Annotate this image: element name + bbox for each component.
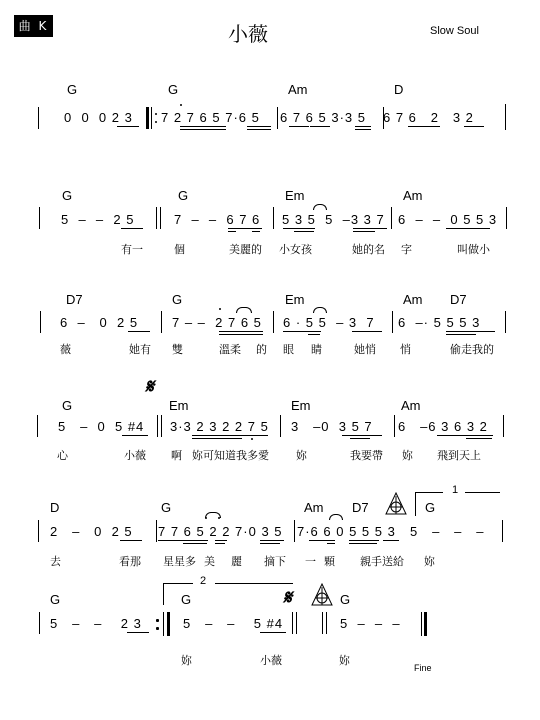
beam bbox=[437, 435, 493, 436]
measure: 3 –0 3 5 7 bbox=[291, 419, 373, 434]
beam bbox=[309, 540, 335, 541]
beam bbox=[355, 126, 371, 127]
repeat-dot bbox=[155, 113, 157, 115]
measure: 2 – 0 2 5 bbox=[50, 524, 133, 539]
repeat-start-bar bbox=[146, 107, 149, 129]
chord: G bbox=[62, 398, 72, 413]
beam bbox=[446, 331, 476, 332]
beam bbox=[222, 438, 242, 439]
lyric: 她悄 bbox=[354, 341, 376, 357]
chord: G bbox=[178, 188, 188, 203]
measure: 7 – – 2 7 6 5 bbox=[172, 315, 262, 330]
beam bbox=[183, 543, 207, 544]
segno-icon: 𝄋 bbox=[145, 374, 154, 398]
beam bbox=[308, 334, 320, 335]
beam bbox=[310, 126, 330, 127]
measure: 0 0 0 2 3 bbox=[64, 110, 133, 125]
lyric: 啊 bbox=[171, 447, 182, 463]
measure: 7 7 6 5 2 2 7·0 3 5 bbox=[158, 524, 283, 539]
chord: Am bbox=[403, 188, 423, 203]
beam bbox=[294, 231, 314, 232]
song-style: Slow Soul bbox=[430, 25, 479, 37]
lyric: 悄 bbox=[400, 341, 411, 357]
beam bbox=[383, 540, 399, 541]
lyric: 小薇 bbox=[124, 447, 146, 463]
beam bbox=[289, 126, 309, 127]
barline bbox=[38, 107, 39, 129]
barline bbox=[156, 520, 157, 542]
barline bbox=[151, 107, 152, 129]
lyric: 睛 bbox=[311, 341, 322, 357]
beam bbox=[352, 331, 382, 332]
lyric: 心 bbox=[57, 447, 68, 463]
lyric: 小薇 bbox=[260, 652, 282, 668]
repeat-dot bbox=[156, 627, 159, 630]
barline bbox=[160, 207, 161, 229]
measure: 6 · 5 5 – 3 7 bbox=[283, 315, 375, 330]
beam bbox=[180, 126, 226, 127]
beam bbox=[219, 334, 263, 335]
lyric: 一 bbox=[305, 553, 316, 569]
barline bbox=[280, 415, 281, 437]
measure: 7 2 7 6 5 7·6 5 bbox=[161, 110, 260, 125]
chord: G bbox=[181, 592, 191, 607]
lyric: 眼 bbox=[283, 341, 294, 357]
chord: G bbox=[168, 82, 178, 97]
lyric: 妳 bbox=[181, 652, 192, 668]
lyric: 妳可知道我多愛 bbox=[192, 447, 269, 463]
measure: 5 3 5 5 –3 3 7 bbox=[282, 212, 385, 227]
beam bbox=[475, 331, 495, 332]
beam bbox=[128, 331, 150, 332]
lyric: 去 bbox=[50, 553, 61, 569]
beam bbox=[260, 632, 286, 633]
lyric: 我要帶 bbox=[350, 447, 383, 463]
barline bbox=[39, 612, 40, 634]
volta-number: 2 bbox=[200, 575, 206, 587]
measure: 7·6 6 0 5 5 5 3 bbox=[297, 524, 396, 539]
coda-icon bbox=[311, 583, 333, 611]
lyric: 她的名 bbox=[352, 241, 385, 257]
chord: G bbox=[425, 500, 435, 515]
beam bbox=[117, 126, 139, 127]
chord: Em bbox=[291, 398, 311, 413]
barline bbox=[157, 415, 158, 437]
chord: Em bbox=[285, 188, 305, 203]
chord: D bbox=[394, 82, 403, 97]
lyric: 親手送給 bbox=[360, 553, 404, 569]
measure: 6 – – 0 5 5 3 bbox=[398, 212, 497, 227]
octave-dot-below bbox=[251, 438, 253, 440]
chord: Am bbox=[403, 292, 423, 307]
barline bbox=[505, 311, 506, 333]
beam bbox=[283, 331, 321, 332]
beam bbox=[158, 540, 208, 541]
beam bbox=[120, 540, 142, 541]
barline bbox=[273, 207, 274, 229]
measure: 5 – – – bbox=[340, 616, 401, 631]
barline bbox=[292, 612, 293, 634]
chord: Em bbox=[169, 398, 189, 413]
lyric: 雙 bbox=[172, 341, 183, 357]
measure: 6 7 6 2 3 2 bbox=[383, 110, 474, 125]
volta-line bbox=[163, 583, 193, 584]
lyric: 星星多 bbox=[163, 553, 196, 569]
beam bbox=[408, 126, 440, 127]
beam bbox=[215, 540, 227, 541]
beam bbox=[349, 540, 379, 541]
repeat-end-bar bbox=[163, 612, 164, 636]
beam bbox=[260, 543, 280, 544]
barline bbox=[503, 415, 504, 437]
lyric: 妳 bbox=[339, 652, 350, 668]
segno-icon: 𝄋 bbox=[283, 585, 292, 609]
measure: 6 – 0 2 5 bbox=[60, 315, 138, 330]
barline bbox=[273, 311, 274, 333]
lyric: 美麗的 bbox=[229, 241, 262, 257]
tie bbox=[329, 514, 343, 520]
lyric: 飛到天上 bbox=[437, 447, 481, 463]
barline bbox=[502, 520, 503, 542]
lyric: 個 bbox=[174, 241, 185, 257]
beam bbox=[464, 126, 484, 127]
repeat-dot bbox=[156, 619, 159, 622]
chord: Am bbox=[288, 82, 308, 97]
lyric: 顆 bbox=[324, 553, 335, 569]
beam bbox=[349, 543, 377, 544]
chord: G bbox=[67, 82, 77, 97]
lyric: 偷走我的 bbox=[450, 341, 494, 357]
volta-line bbox=[465, 492, 500, 493]
coda-icon bbox=[385, 492, 407, 520]
chord: D7 bbox=[66, 292, 83, 307]
measure: 6 –6 3 6 3 2 bbox=[398, 419, 488, 434]
beam bbox=[350, 438, 370, 439]
barline bbox=[505, 104, 506, 130]
song-badge: 曲 K bbox=[14, 15, 53, 37]
barline bbox=[394, 415, 395, 437]
barline bbox=[161, 311, 162, 333]
beam bbox=[192, 438, 222, 439]
beam bbox=[222, 435, 252, 436]
lyric: 妳 bbox=[402, 447, 413, 463]
barline bbox=[37, 415, 38, 437]
beam bbox=[260, 540, 284, 541]
measure: 5 – – 2 3 bbox=[50, 616, 142, 631]
beam bbox=[122, 435, 148, 436]
volta-line bbox=[215, 583, 293, 584]
lyric: 美 bbox=[204, 553, 215, 569]
measure: 3·3 2 3 2 2 7 5 bbox=[170, 419, 269, 434]
beam bbox=[215, 543, 225, 544]
beam bbox=[228, 228, 262, 229]
lyric: 摘下 bbox=[264, 553, 286, 569]
beam bbox=[192, 435, 222, 436]
final-barline-thick bbox=[424, 612, 427, 636]
beam bbox=[228, 231, 236, 232]
measure: 5 – – 5 #4 bbox=[183, 616, 283, 631]
lyric: 薇 bbox=[60, 341, 71, 357]
lyric: 字 bbox=[401, 241, 412, 257]
beam bbox=[121, 228, 143, 229]
lyric: 有一 bbox=[121, 241, 143, 257]
lyric: 的 bbox=[256, 341, 267, 357]
barline bbox=[294, 520, 295, 542]
beam bbox=[252, 231, 260, 232]
measure: 7 – – 6 7 6 bbox=[174, 212, 260, 227]
beam bbox=[247, 129, 271, 130]
barline bbox=[40, 311, 41, 333]
barline bbox=[38, 520, 39, 542]
beam bbox=[283, 228, 315, 229]
chord: Em bbox=[285, 292, 305, 307]
tie bbox=[313, 307, 327, 313]
barline bbox=[156, 207, 157, 229]
beam bbox=[180, 129, 226, 130]
lyric: 溫柔 bbox=[219, 341, 241, 357]
lyric: 妳 bbox=[424, 553, 435, 569]
barline bbox=[39, 207, 40, 229]
lyric: 看那 bbox=[119, 553, 141, 569]
chord: G bbox=[172, 292, 182, 307]
beam bbox=[353, 228, 387, 229]
final-barline bbox=[421, 612, 422, 636]
lyric: 小女孩 bbox=[279, 241, 312, 257]
repeat-dot bbox=[155, 121, 157, 123]
beam bbox=[342, 435, 382, 436]
beam bbox=[446, 228, 490, 229]
beam bbox=[247, 126, 271, 127]
chord: G bbox=[50, 592, 60, 607]
octave-dot bbox=[180, 104, 182, 106]
beam bbox=[466, 438, 492, 439]
beam bbox=[353, 231, 375, 232]
barline bbox=[326, 612, 327, 634]
chord: Am bbox=[401, 398, 421, 413]
barline bbox=[277, 107, 278, 129]
measure: 6 7 6 5 3·3 5 bbox=[280, 110, 366, 125]
beam bbox=[252, 435, 268, 436]
volta-line bbox=[415, 492, 443, 493]
tie bbox=[236, 307, 252, 313]
repeat-end-bar-thick bbox=[167, 612, 170, 636]
barline bbox=[161, 415, 162, 437]
lyric: 叫做小 bbox=[457, 241, 490, 257]
song-title: 小薇 bbox=[228, 18, 268, 47]
measure: 6 –· 5 5 5 3 bbox=[398, 315, 480, 330]
chord: D bbox=[50, 500, 59, 515]
barline bbox=[322, 612, 323, 634]
volta-number: 1 bbox=[452, 484, 458, 496]
barline bbox=[296, 612, 297, 634]
measure: 5 – – – bbox=[410, 524, 484, 539]
beam bbox=[327, 543, 335, 544]
barline bbox=[392, 311, 393, 333]
beam bbox=[127, 632, 149, 633]
lyric: 她有 bbox=[129, 341, 151, 357]
lyric: 妳 bbox=[296, 447, 307, 463]
barline bbox=[506, 207, 507, 229]
chord: Am bbox=[304, 500, 324, 515]
chord: G bbox=[161, 500, 171, 515]
measure: 5 – 0 5 #4 bbox=[58, 419, 144, 434]
chord: G bbox=[340, 592, 350, 607]
tie bbox=[205, 512, 221, 518]
barline bbox=[391, 207, 392, 229]
tie bbox=[313, 204, 327, 210]
lyric: 麗 bbox=[231, 553, 242, 569]
chord: D7 bbox=[352, 500, 369, 515]
chord: D7 bbox=[450, 292, 467, 307]
beam bbox=[219, 331, 263, 332]
measure: 5 – – 2 5 bbox=[61, 212, 134, 227]
chord: G bbox=[62, 188, 72, 203]
beam bbox=[446, 334, 476, 335]
beam bbox=[355, 129, 371, 130]
fine-marker: Fine bbox=[414, 663, 432, 673]
octave-dot bbox=[219, 308, 221, 310]
